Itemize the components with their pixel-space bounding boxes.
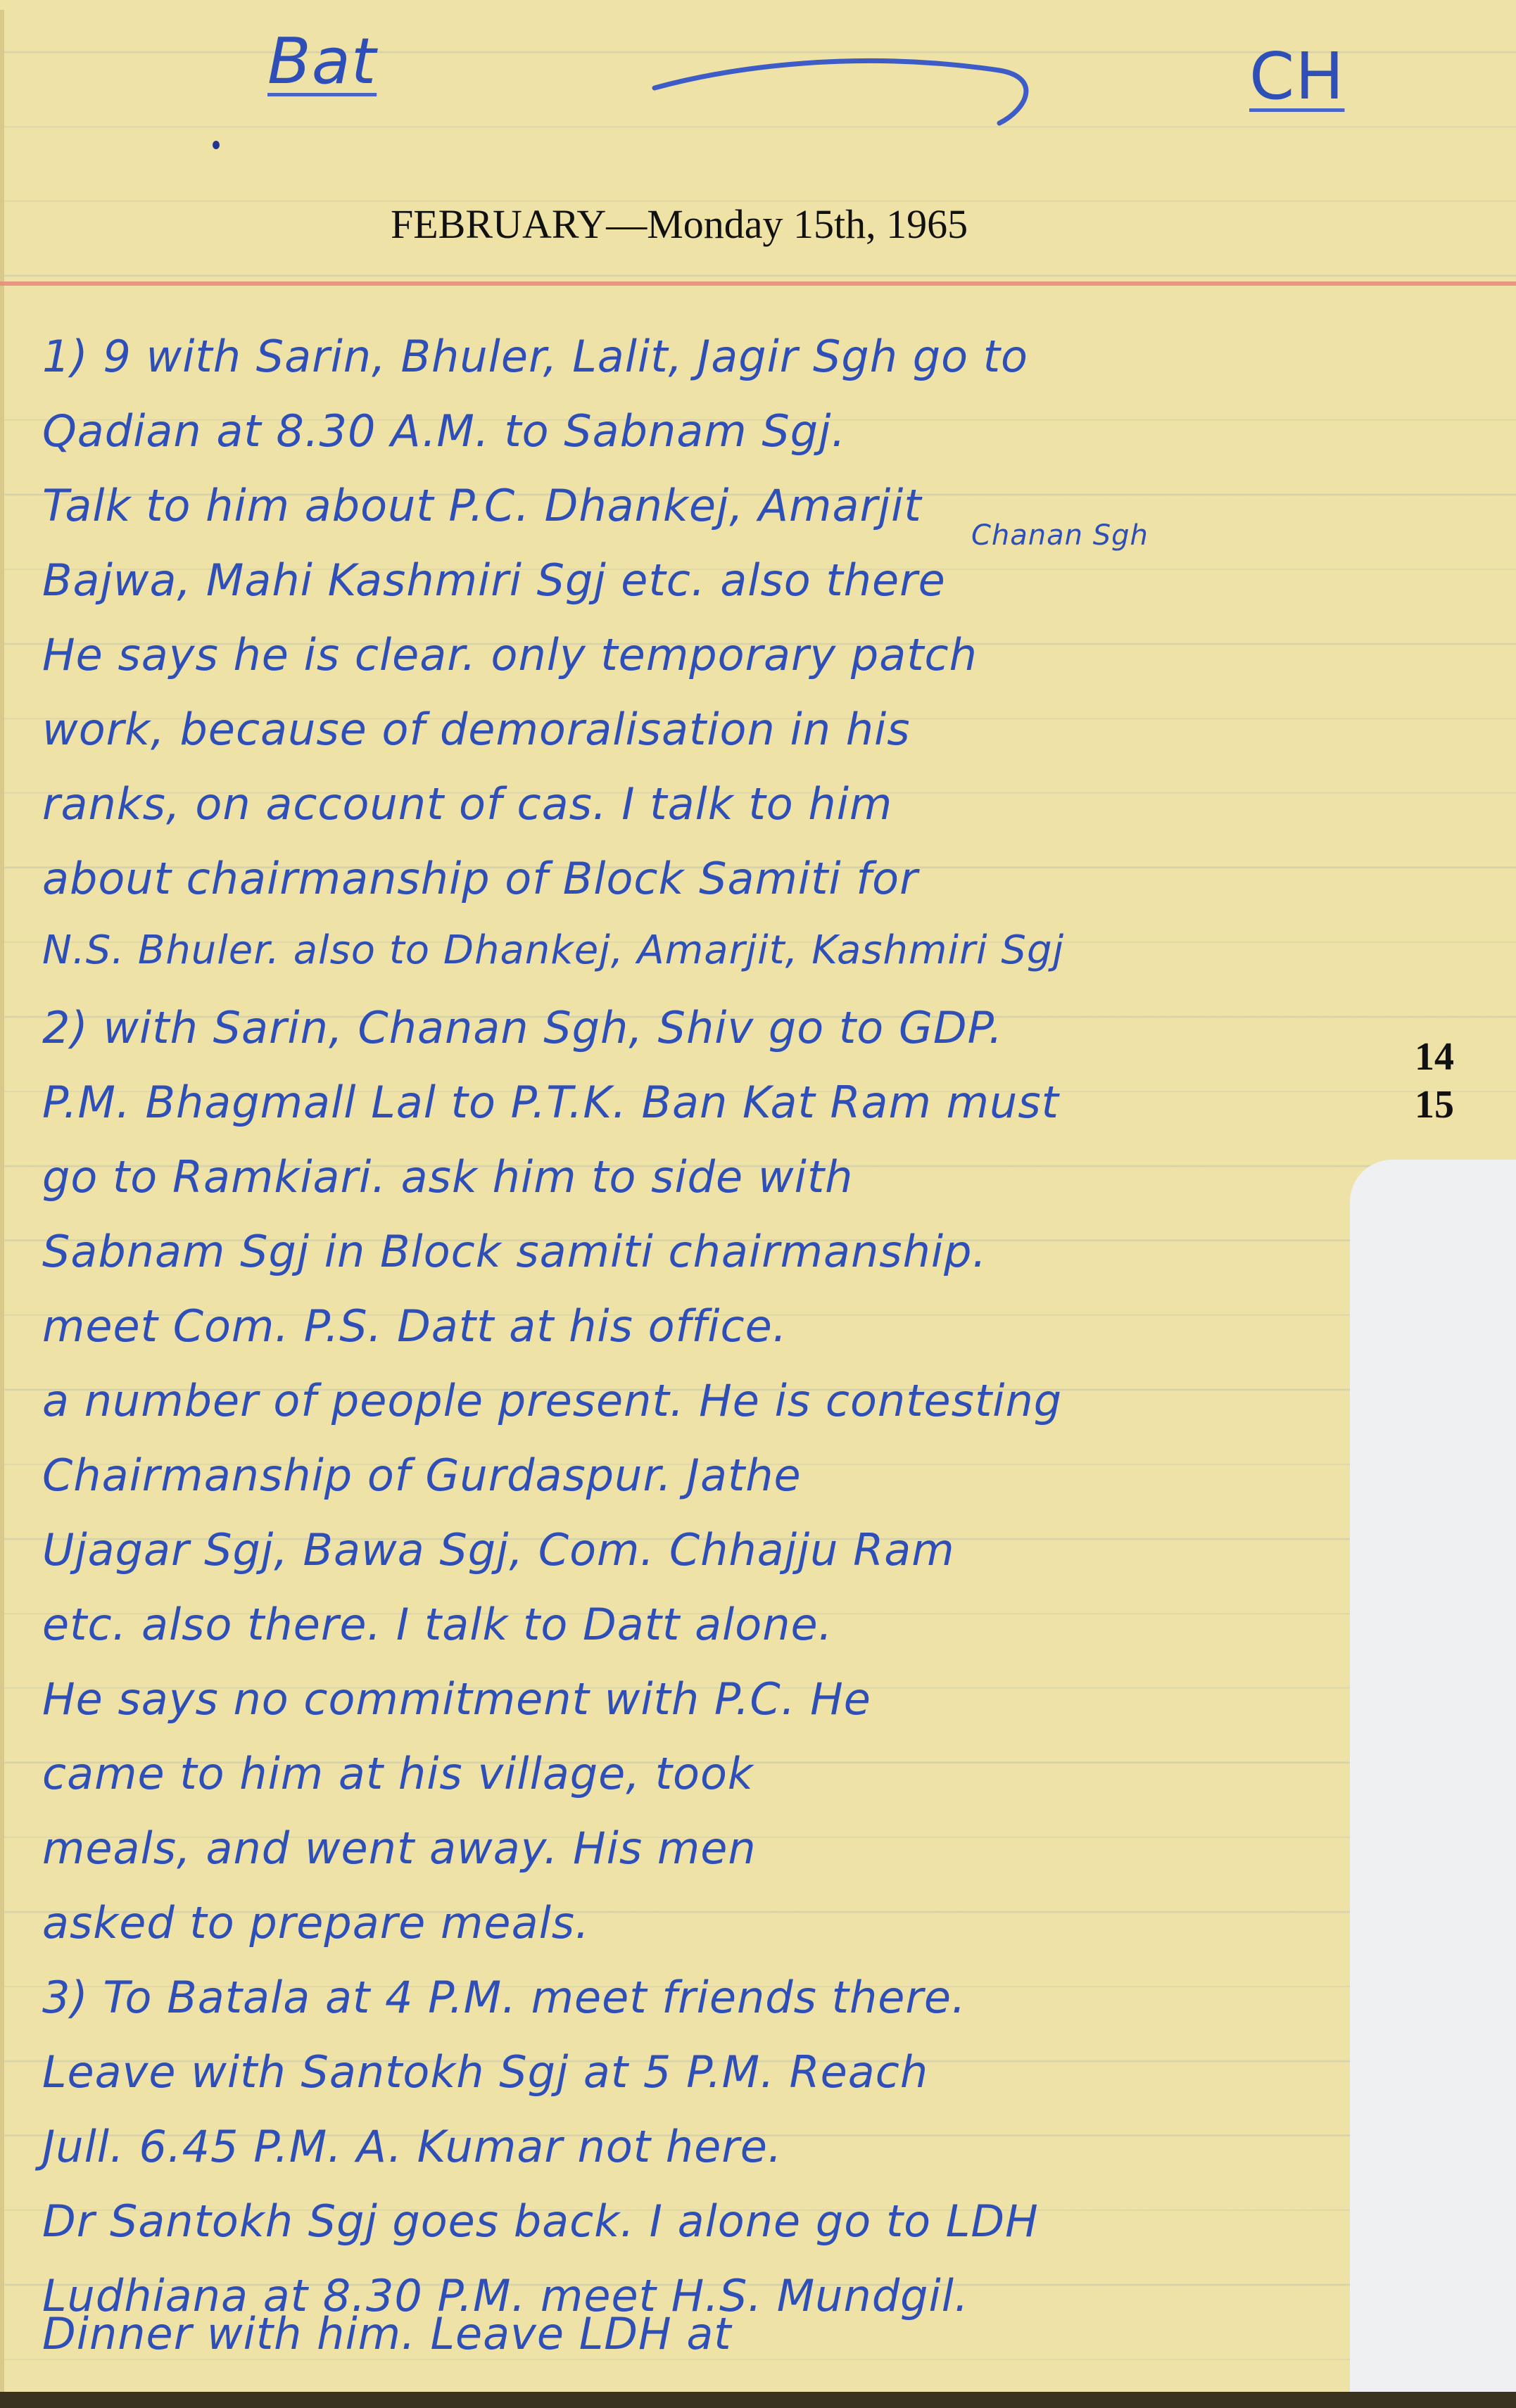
entry-line-17: Ujagar Sgj, Bawa Sgj, Com. Chhajju Ram: [42, 1524, 955, 1576]
entry-line-7: ranks, on account of cas. I talk to him: [42, 778, 892, 830]
entry-line-25: Jull. 6.45 P.M. A. Kumar not here.: [42, 2121, 783, 2172]
entry-line-11: P.M. Bhagmall Lal to P.T.K. Ban Kat Ram …: [42, 1077, 1059, 1128]
entry-line-4: Bajwa, Mahi Kashmiri Sgj etc. also there: [42, 555, 946, 606]
entry-line-23: 3) To Batala at 4 P.M. meet friends ther…: [42, 1972, 966, 2023]
entry-line-6: work, because of demoralisation in his: [42, 704, 911, 755]
entry-line-22: asked to prepare meals.: [42, 1897, 590, 1948]
entry-line-28: Dinner with him. Leave LDH at: [42, 2308, 732, 2359]
date-header: FEBRUARY—Monday 15th, 1965: [391, 201, 968, 248]
entry-line-1: 1) 9 with Sarin, Bhuler, Lalit, Jagir Sg…: [42, 331, 1028, 382]
entry-line-3: Talk to him about P.C. Dhankej, Amarjit: [42, 480, 922, 531]
entry-line-16: Chairmanship of Gurdaspur. Jathe: [42, 1450, 802, 1501]
annotation-left: Bat: [267, 25, 377, 99]
entry-line-14: meet Com. P.S. Datt at his office.: [42, 1300, 787, 1352]
entry-line-13: Sabnam Sgj in Block samiti chairmanship.: [42, 1226, 987, 1277]
tab-number-15: 15: [1415, 1082, 1454, 1127]
entry-line-5: He says he is clear. only temporary patc…: [42, 629, 978, 680]
entry-line-9: N.S. Bhuler. also to Dhankej, Amarjit, K…: [42, 927, 1064, 973]
entry-line-20: came to him at his village, took: [42, 1748, 754, 1799]
entry-line-19: He says no commitment with P.C. He: [42, 1673, 871, 1725]
entry-line-15: a number of people present. He is contes…: [42, 1375, 1062, 1426]
tab-number-14: 14: [1415, 1034, 1454, 1079]
page-edge: [0, 10, 4, 2392]
entry-line-21: meals, and went away. His men: [42, 1823, 757, 1874]
ink-dot: [213, 141, 220, 149]
entry-line-8: about chairmanship of Block Samiti for: [42, 853, 918, 904]
page-bottom-shadow: [0, 2392, 1516, 2408]
arrow-right-icon: [648, 53, 1042, 130]
entry-line-10: 2) with Sarin, Chanan Sgh, Shiv go to GD…: [42, 1002, 1003, 1053]
entry-line-2: Qadian at 8.30 A.M. to Sabnam Sgj.: [42, 405, 846, 457]
header-rule: [0, 281, 1516, 286]
entry-line-18: etc. also there. I talk to Datt alone.: [42, 1599, 833, 1650]
entry-line-26: Dr Santokh Sgj goes back. I alone go to …: [42, 2195, 1039, 2247]
entry-line-24: Leave with Santokh Sgj at 5 P.M. Reach: [42, 2046, 928, 2098]
interlinear-note: Chanan Sgh: [971, 519, 1149, 552]
tab-cutout: [1350, 1160, 1516, 2398]
entry-line-12: go to Ramkiari. ask him to side with: [42, 1151, 853, 1203]
annotation-right: CH: [1249, 39, 1344, 114]
